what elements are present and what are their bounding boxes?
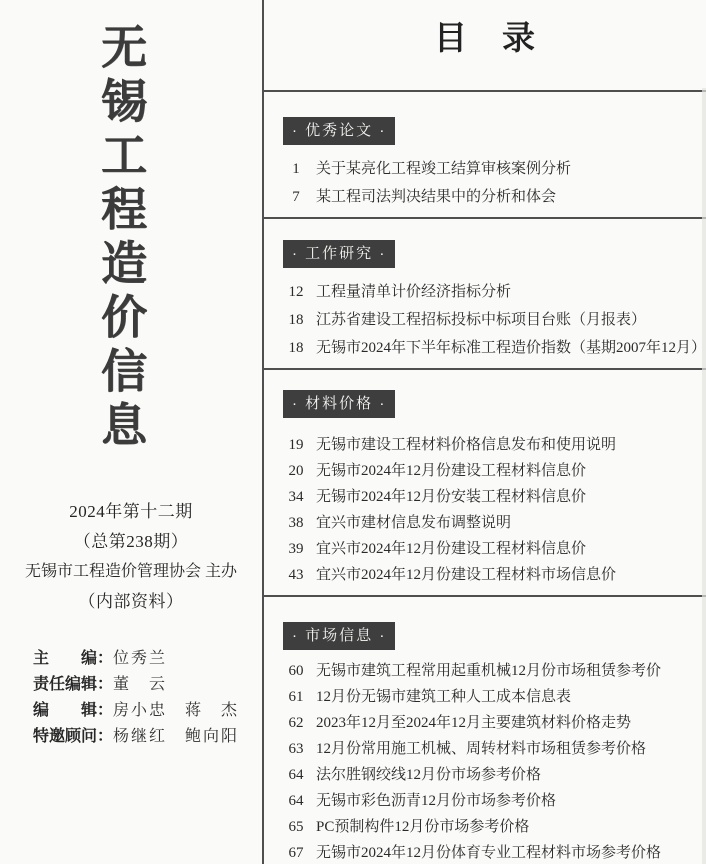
page-number: 64	[283, 788, 309, 814]
toc-item-title: 无锡市彩色沥青12月份市场参考价格	[316, 788, 556, 814]
section-badge: · 材料价格 ·	[283, 390, 395, 418]
toc-item: 18江苏省建设工程招标投标中标项目台账（月报表）	[283, 306, 706, 334]
toc-sections: · 优秀论文 ·1关于某亮化工程竣工结算审核案例分析7某工程司法判决结果中的分析…	[264, 92, 706, 864]
toc-item-title: 江苏省建设工程招标投标中标项目台账（月报表）	[316, 306, 646, 334]
toc-item: 64法尔胜钢绞线12月份市场参考价格	[283, 762, 706, 788]
masthead-char: 无	[0, 20, 248, 74]
section-badge: · 优秀论文 ·	[283, 117, 395, 145]
toc-item-title: 2023年12月至2024年12月主要建筑材料价格走势	[316, 710, 631, 736]
page-number: 18	[283, 334, 309, 362]
toc-item-title: 无锡市2024年12月份体育专业工程材料市场参考价格	[316, 840, 661, 864]
section-badge: · 市场信息 ·	[283, 622, 395, 650]
toc-item-list: 19无锡市建设工程材料价格信息发布和使用说明20无锡市2024年12月份建设工程…	[283, 432, 706, 588]
toc-item: 6312月份常用施工机械、周转材料市场租赁参考价格	[283, 736, 706, 762]
toc-item: 65PC预制构件12月份市场参考价格	[283, 814, 706, 840]
page-number: 39	[283, 536, 309, 562]
page-number: 38	[283, 510, 309, 536]
toc-item-title: 法尔胜钢绞线12月份市场参考价格	[316, 762, 541, 788]
page-number: 67	[283, 840, 309, 864]
toc-item-title: 无锡市建筑工程常用起重机械12月份市场租赁参考价	[316, 658, 661, 684]
toc-item-title: 无锡市2024年12月份建设工程材料信息价	[316, 458, 586, 484]
masthead-char: 锡	[0, 74, 248, 128]
toc-item-list: 60无锡市建筑工程常用起重机械12月份市场租赁参考价6112月份无锡市建筑工种人…	[283, 658, 706, 864]
issue-number: 2024年第十二期	[0, 497, 262, 527]
editor-role-label: 责任编辑：	[33, 672, 113, 698]
scan-edge-shadow	[702, 88, 706, 864]
page-number: 34	[283, 484, 309, 510]
toc-item: 1关于某亮化工程竣工结算审核案例分析	[283, 155, 706, 183]
toc-section: · 材料价格 ·19无锡市建设工程材料价格信息发布和使用说明20无锡市2024年…	[264, 370, 706, 597]
page-number: 18	[283, 306, 309, 334]
toc-item: 6112月份无锡市建筑工种人工成本信息表	[283, 684, 706, 710]
toc-item: 43宜兴市2024年12月份建设工程材料市场信息价	[283, 562, 706, 588]
toc-item-title: 宜兴市建材信息发布调整说明	[316, 510, 511, 536]
editor-row: 编 辑：房小忠 蒋 杰	[33, 698, 239, 724]
toc-panel: 目 录 · 优秀论文 ·1关于某亮化工程竣工结算审核案例分析7某工程司法判决结果…	[262, 0, 706, 864]
toc-item: 18无锡市2024年下半年标准工程造价指数（基期2007年12月）	[283, 334, 706, 362]
toc-item-title: 宜兴市2024年12月份建设工程材料市场信息价	[316, 562, 616, 588]
editor-row: 特邀顾问：杨继红 鲍向阳	[33, 724, 239, 750]
editor-role-label: 特邀顾问：	[33, 724, 113, 750]
toc-item-title: 无锡市建设工程材料价格信息发布和使用说明	[316, 432, 616, 458]
toc-item: 60无锡市建筑工程常用起重机械12月份市场租赁参考价	[283, 658, 706, 684]
toc-item: 19无锡市建设工程材料价格信息发布和使用说明	[283, 432, 706, 458]
toc-item-title: 无锡市2024年下半年标准工程造价指数（基期2007年12月）	[316, 334, 706, 362]
page-number: 63	[283, 736, 309, 762]
masthead-char: 信	[0, 344, 248, 398]
masthead-char: 程	[0, 182, 248, 236]
page-number: 62	[283, 710, 309, 736]
page-number: 7	[283, 183, 309, 211]
toc-item: 38宜兴市建材信息发布调整说明	[283, 510, 706, 536]
toc-item-title: 某工程司法判决结果中的分析和体会	[316, 183, 556, 211]
section-badge: · 工作研究 ·	[283, 240, 395, 268]
editor-role-label: 主 编：	[33, 646, 113, 672]
page-number: 61	[283, 684, 309, 710]
toc-item-list: 12工程量清单计价经济指标分析18江苏省建设工程招标投标中标项目台账（月报表）1…	[283, 278, 706, 362]
page-number: 1	[283, 155, 309, 183]
editor-row: 主 编：位秀兰	[33, 646, 239, 672]
toc-header: 目 录	[264, 0, 706, 92]
toc-title: 目 录	[264, 12, 706, 59]
toc-item: 12工程量清单计价经济指标分析	[283, 278, 706, 306]
toc-item-title: 宜兴市2024年12月份建设工程材料信息价	[316, 536, 586, 562]
page-number: 65	[283, 814, 309, 840]
page-number: 20	[283, 458, 309, 484]
page-number: 60	[283, 658, 309, 684]
toc-item: 622023年12月至2024年12月主要建筑材料价格走势	[283, 710, 706, 736]
toc-item-title: 工程量清单计价经济指标分析	[316, 278, 511, 306]
document-page: { "colors":{"paper":"#fafaf8","ink":"#2e…	[0, 0, 706, 864]
masthead-char: 工	[0, 128, 248, 182]
toc-item-title: 12月份常用施工机械、周转材料市场租赁参考价格	[316, 736, 646, 762]
page-number: 64	[283, 762, 309, 788]
page-number: 12	[283, 278, 309, 306]
editor-name: 杨继红 鲍向阳	[113, 724, 239, 750]
editor-role-label: 编 辑：	[33, 698, 113, 724]
editor-row: 责任编辑：董 云	[33, 672, 239, 698]
toc-item: 67无锡市2024年12月份体育专业工程材料市场参考价格	[283, 840, 706, 864]
masthead-char: 价	[0, 290, 248, 344]
toc-section: · 优秀论文 ·1关于某亮化工程竣工结算审核案例分析7某工程司法判决结果中的分析…	[264, 92, 706, 219]
page-number: 19	[283, 432, 309, 458]
toc-section: · 市场信息 ·60无锡市建筑工程常用起重机械12月份市场租赁参考价6112月份…	[264, 597, 706, 864]
editor-name: 位秀兰	[113, 646, 167, 672]
toc-item-title: 12月份无锡市建筑工种人工成本信息表	[316, 684, 571, 710]
toc-item: 39宜兴市2024年12月份建设工程材料信息价	[283, 536, 706, 562]
toc-item: 7某工程司法判决结果中的分析和体会	[283, 183, 706, 211]
editor-name: 董 云	[113, 672, 167, 698]
editor-name: 房小忠 蒋 杰	[113, 698, 239, 724]
masthead-char: 息	[0, 398, 248, 452]
issue-total: （总第238期）	[0, 527, 262, 557]
toc-section: · 工作研究 ·12工程量清单计价经济指标分析18江苏省建设工程招标投标中标项目…	[264, 219, 706, 370]
masthead-calligraphy: 无锡工程造价信息	[0, 20, 248, 452]
toc-item-title: 无锡市2024年12月份安装工程材料信息价	[316, 484, 586, 510]
toc-item-title: PC预制构件12月份市场参考价格	[316, 814, 529, 840]
toc-item: 34无锡市2024年12月份安装工程材料信息价	[283, 484, 706, 510]
masthead-char: 造	[0, 236, 248, 290]
left-panel: 无锡工程造价信息 2024年第十二期 （总第238期） 无锡市工程造价管理协会 …	[0, 0, 262, 864]
organizer: 无锡市工程造价管理协会 主办	[0, 557, 262, 587]
issue-info: 2024年第十二期 （总第238期） 无锡市工程造价管理协会 主办 （内部资料）	[0, 497, 262, 617]
toc-item: 20无锡市2024年12月份建设工程材料信息价	[283, 458, 706, 484]
toc-item-list: 1关于某亮化工程竣工结算审核案例分析7某工程司法判决结果中的分析和体会	[283, 155, 706, 211]
internal-note: （内部资料）	[0, 587, 262, 617]
toc-item: 64无锡市彩色沥青12月份市场参考价格	[283, 788, 706, 814]
toc-item-title: 关于某亮化工程竣工结算审核案例分析	[316, 155, 571, 183]
page-number: 43	[283, 562, 309, 588]
editorial-credits: 主 编：位秀兰责任编辑：董 云编 辑：房小忠 蒋 杰特邀顾问：杨继红 鲍向阳	[33, 646, 239, 750]
